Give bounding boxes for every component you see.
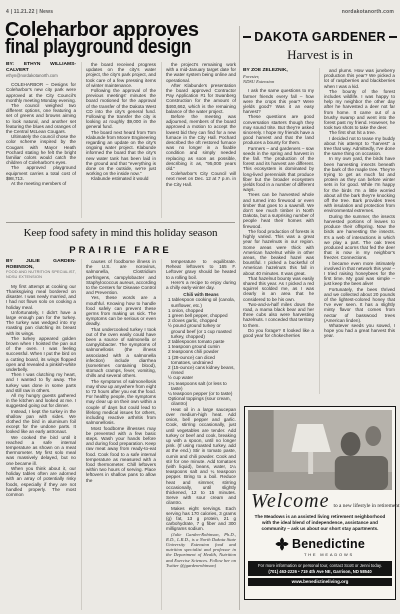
author-credit: (Julie Garden-Robinson, Ph.D., R.D., L.R… <box>166 532 236 568</box>
main-article-columns: BY: ETHYN WILLIAMS-CALVERT ethyn@nordako… <box>6 62 236 218</box>
article-text: the project's remaining work with a mid-… <box>166 62 236 187</box>
author-email: ethyn@nordakotanorth.com <box>6 73 76 78</box>
prairie-column-2: causes of foodborne illness in the U.S. … <box>81 259 157 610</box>
author-name: BY: ETHYN WILLIAMS-CALVERT <box>6 62 76 73</box>
dakota-column-2: and plums. How was juneberry production … <box>319 68 396 394</box>
main-article-column-2: the board received progress updates on t… <box>81 62 157 218</box>
section-vertical-rule <box>239 26 240 610</box>
benedictine-cross-icon <box>275 537 289 551</box>
page-number-date: 4 | 11.21.22 | News <box>6 9 53 15</box>
main-headline-line2: final playground design <box>5 39 205 56</box>
dakota-gardener-columns: BY ZOE ZELEZNIK, Forester, NDSU Extensio… <box>243 68 395 394</box>
page-header: 4 | 11.21.22 | News nordakotanorth.com <box>6 9 394 15</box>
article-text: My first attempt at cooking our Thanksgi… <box>6 284 76 497</box>
ad-contact-line2: (701) 463-2226 • 719 4th Ave NE, Garriso… <box>249 569 391 575</box>
prairie-column-1: BY JULIE GARDEN-ROBINSON, FOOD AND NUTRI… <box>6 259 76 610</box>
recipe-directions: Heat oil in a large saucepan over medium… <box>166 407 236 532</box>
ad-photo <box>248 410 392 490</box>
ad-welcome-script: Welcome <box>251 491 329 511</box>
dakota-byline: BY ZOE ZELEZNIK, Forester, NDSU Extensio… <box>243 68 314 84</box>
ad-welcome-row: Welcome to a new lifestyle in retirement… <box>248 491 392 511</box>
ad-brand-subtitle: THE MEADOWS <box>266 552 392 557</box>
author-org: NDSU EXTENSION <box>6 275 76 280</box>
main-article-column-3: the project's remaining work with a mid-… <box>161 62 237 218</box>
section-divider-rule <box>6 222 235 223</box>
dakota-column-1: BY ZOE ZELEZNIK, Forester, NDSU Extensio… <box>243 68 314 394</box>
dakota-gardener-section-title: DAKOTA GARDENER <box>254 30 386 44</box>
prairie-fare-headline: Keep food safety in mind this holiday se… <box>6 227 235 239</box>
article-text: causes of foodborne illness in the U.S. … <box>86 259 156 483</box>
dakota-gardener-headline: Harvest is in <box>243 47 397 63</box>
author-org: NDSU Extension <box>243 79 314 84</box>
benedictine-advertisement: Welcome to a new lifestyle in retirement… <box>244 406 396 600</box>
ad-contact-line1: For more information or personal tour, c… <box>249 563 391 569</box>
dakota-gardener-header: DAKOTA GARDENER <box>243 30 397 44</box>
masthead-url: nordakotanorth.com <box>342 9 394 15</box>
ad-website-bar: www.benedictineliving.org <box>248 578 392 586</box>
prairie-fare-columns: BY JULIE GARDEN-ROBINSON, FOOD AND NUTRI… <box>6 259 236 610</box>
ad-description: The Meadows is an assisted living retire… <box>248 514 392 532</box>
ad-contact-bar: For more information or personal tour, c… <box>248 561 392 576</box>
prairie-fare-section-title: PRAIRIE FARE <box>6 245 235 256</box>
prairie-byline: BY JULIE GARDEN-ROBINSON, FOOD AND NUTRI… <box>6 259 76 280</box>
article-text: temperature to equilibrate. Reheat lefto… <box>166 259 236 290</box>
article-text: the board received progress updates on t… <box>86 62 156 182</box>
main-headline: Coleharbor approves final playground des… <box>5 22 237 55</box>
article-text: I ask the same questions to my farmer fr… <box>243 88 314 338</box>
ad-brand-wordmark: Benedictine <box>292 537 365 551</box>
main-article-column-1: BY: ETHYN WILLIAMS-CALVERT ethyn@nordako… <box>6 62 76 218</box>
prairie-column-3: temperature to equilibrate. Reheat lefto… <box>161 259 237 610</box>
article-text: COLEHARBOR – Designs for Coleharbor's ne… <box>6 82 76 186</box>
title-rule-left <box>243 36 251 38</box>
ad-logo-row: Benedictine <box>248 537 392 551</box>
main-article-byline: BY: ETHYN WILLIAMS-CALVERT ethyn@nordako… <box>6 62 76 78</box>
title-rule-right <box>389 36 397 38</box>
ad-tagline: to a new lifestyle in retirement living, <box>333 503 400 509</box>
recipe-ingredients: 1 tablespoon cooking oil (canola, sunflo… <box>166 297 236 406</box>
article-text: and plums. How was juneberry production … <box>324 68 395 339</box>
